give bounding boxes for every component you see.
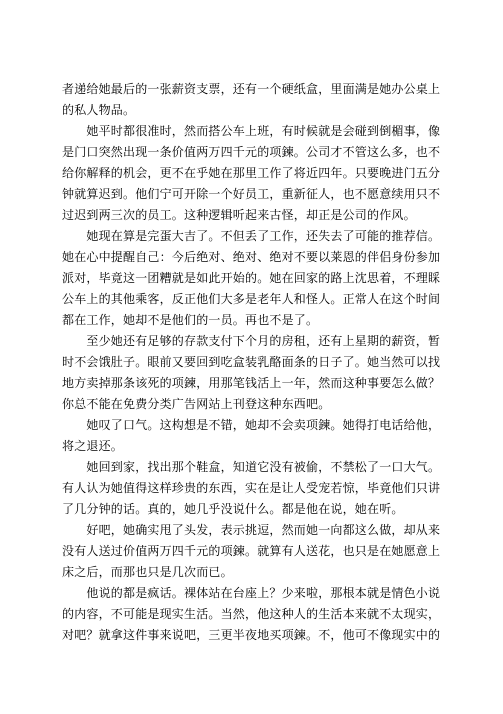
text-line: 床之后，而那也只是几次而已。 xyxy=(62,562,442,583)
text-line: 时不会饿肚子。眼前又要回到吃盒装乳酪面条的日子了。她当然可以找 xyxy=(62,352,442,373)
text-line: 她在心中提醒自己：今后绝对、绝对、绝对不要以莱恩的伴侣身份参加 xyxy=(62,247,442,268)
text-line: 至少她还有足够的存款支付下个月的房租，还有上星期的薪资，暂 xyxy=(62,331,442,352)
book-page: 者递给她最后的一张薪资支票，还有一个硬纸盒，里面满是她办公桌上的私人物品。 她平… xyxy=(0,0,503,714)
text-line: 她现在算是完蛋大吉了。不但丢了工作，还失去了可能的推荐信。 xyxy=(62,226,442,247)
text-line: 都在工作，她却不是他们的一员。再也不是了。 xyxy=(62,310,442,331)
text-line: 过迟到两三次的员工。这种逻辑听起来古怪，却正是公司的作风。 xyxy=(62,205,442,226)
paragraph: 至少她还有足够的存款支付下个月的房租，还有上星期的薪资，暂时不会饿肚子。眼前又要… xyxy=(62,331,442,415)
paragraph: 好吧，她确实甩了头发，表示挑逗，然而她一向都这么做，却从来没有人送过价值两万四千… xyxy=(62,520,442,583)
paragraph: 者递给她最后的一张薪资支票，还有一个硬纸盒，里面满是她办公桌上的私人物品。 xyxy=(62,79,442,121)
paragraph: 他说的都是疯话。裸体站在台座上？少来啦，那根本就是情色小说的内容，不可能是现实生… xyxy=(62,583,442,646)
paragraph: 她回到家，找出那个鞋盒，知道它没有被偷，不禁松了一口大气。有人认为她值得这样珍贵… xyxy=(62,457,442,520)
paragraph: 她现在算是完蛋大吉了。不但丢了工作，还失去了可能的推荐信。她在心中提醒自己：今后… xyxy=(62,226,442,331)
text-line: 有人认为她值得这样珍贵的东西，实在是让人受宠若惊，毕竟他们只讲 xyxy=(62,478,442,499)
text-line: 她叹了口气。这构想是不错，她却不会卖项鍊。她得打电话给他， xyxy=(62,415,442,436)
text-line: 将之退还。 xyxy=(62,436,442,457)
text-line: 地方卖掉那条该死的项鍊，用那笔钱活上一年，然而这种事要怎么做？ xyxy=(62,373,442,394)
text-line: 你总不能在免费分类广告网站上刊登这种东西吧。 xyxy=(62,394,442,415)
text-line: 的私人物品。 xyxy=(62,100,442,121)
text-line: 好吧，她确实甩了头发，表示挑逗，然而她一向都这么做，却从来 xyxy=(62,520,442,541)
text-body: 者递给她最后的一张薪资支票，还有一个硬纸盒，里面满是她办公桌上的私人物品。 她平… xyxy=(62,79,442,646)
text-line: 公车上的其他乘客，反正他们大多是老年人和怪人。正常人在这个时间 xyxy=(62,289,442,310)
text-line: 她回到家，找出那个鞋盒，知道它没有被偷，不禁松了一口大气。 xyxy=(62,457,442,478)
paragraph: 她平时都很准时，然而搭公车上班，有时候就是会碰到倒楣事，像是门口突然出现一条价值… xyxy=(62,121,442,226)
text-line: 钟就算迟到。他们宁可开除一个好员工，重新征人，也不愿意续用只不 xyxy=(62,184,442,205)
text-line: 的内容，不可能是现实生活。当然，他这种人的生活本来就不太现实， xyxy=(62,604,442,625)
text-line: 是门口突然出现一条价值两万四千元的项鍊。公司才不管这么多，也不 xyxy=(62,142,442,163)
text-line: 他说的都是疯话。裸体站在台座上？少来啦，那根本就是情色小说 xyxy=(62,583,442,604)
text-line: 者递给她最后的一张薪资支票，还有一个硬纸盒，里面满是她办公桌上 xyxy=(62,79,442,100)
text-line: 没有人送过价值两万四千元的项鍊。就算有人送花，也只是在她愿意上 xyxy=(62,541,442,562)
paragraph: 她叹了口气。这构想是不错，她却不会卖项鍊。她得打电话给他，将之退还。 xyxy=(62,415,442,457)
text-line: 对吧？就拿这件事来说吧，三更半夜地买项鍊。不，他可不像现实中的 xyxy=(62,625,442,646)
text-line: 给你解释的机会，更不在乎她在那里工作了将近四年。只要晚进门五分 xyxy=(62,163,442,184)
text-line: 她平时都很准时，然而搭公车上班，有时候就是会碰到倒楣事，像 xyxy=(62,121,442,142)
text-line: 了几分钟的话。真的，她几乎没说什么。都是他在说，她在听。 xyxy=(62,499,442,520)
text-line: 派对，毕竟这一团糟就是如此开始的。她在回家的路上沈思着，不理睬 xyxy=(62,268,442,289)
